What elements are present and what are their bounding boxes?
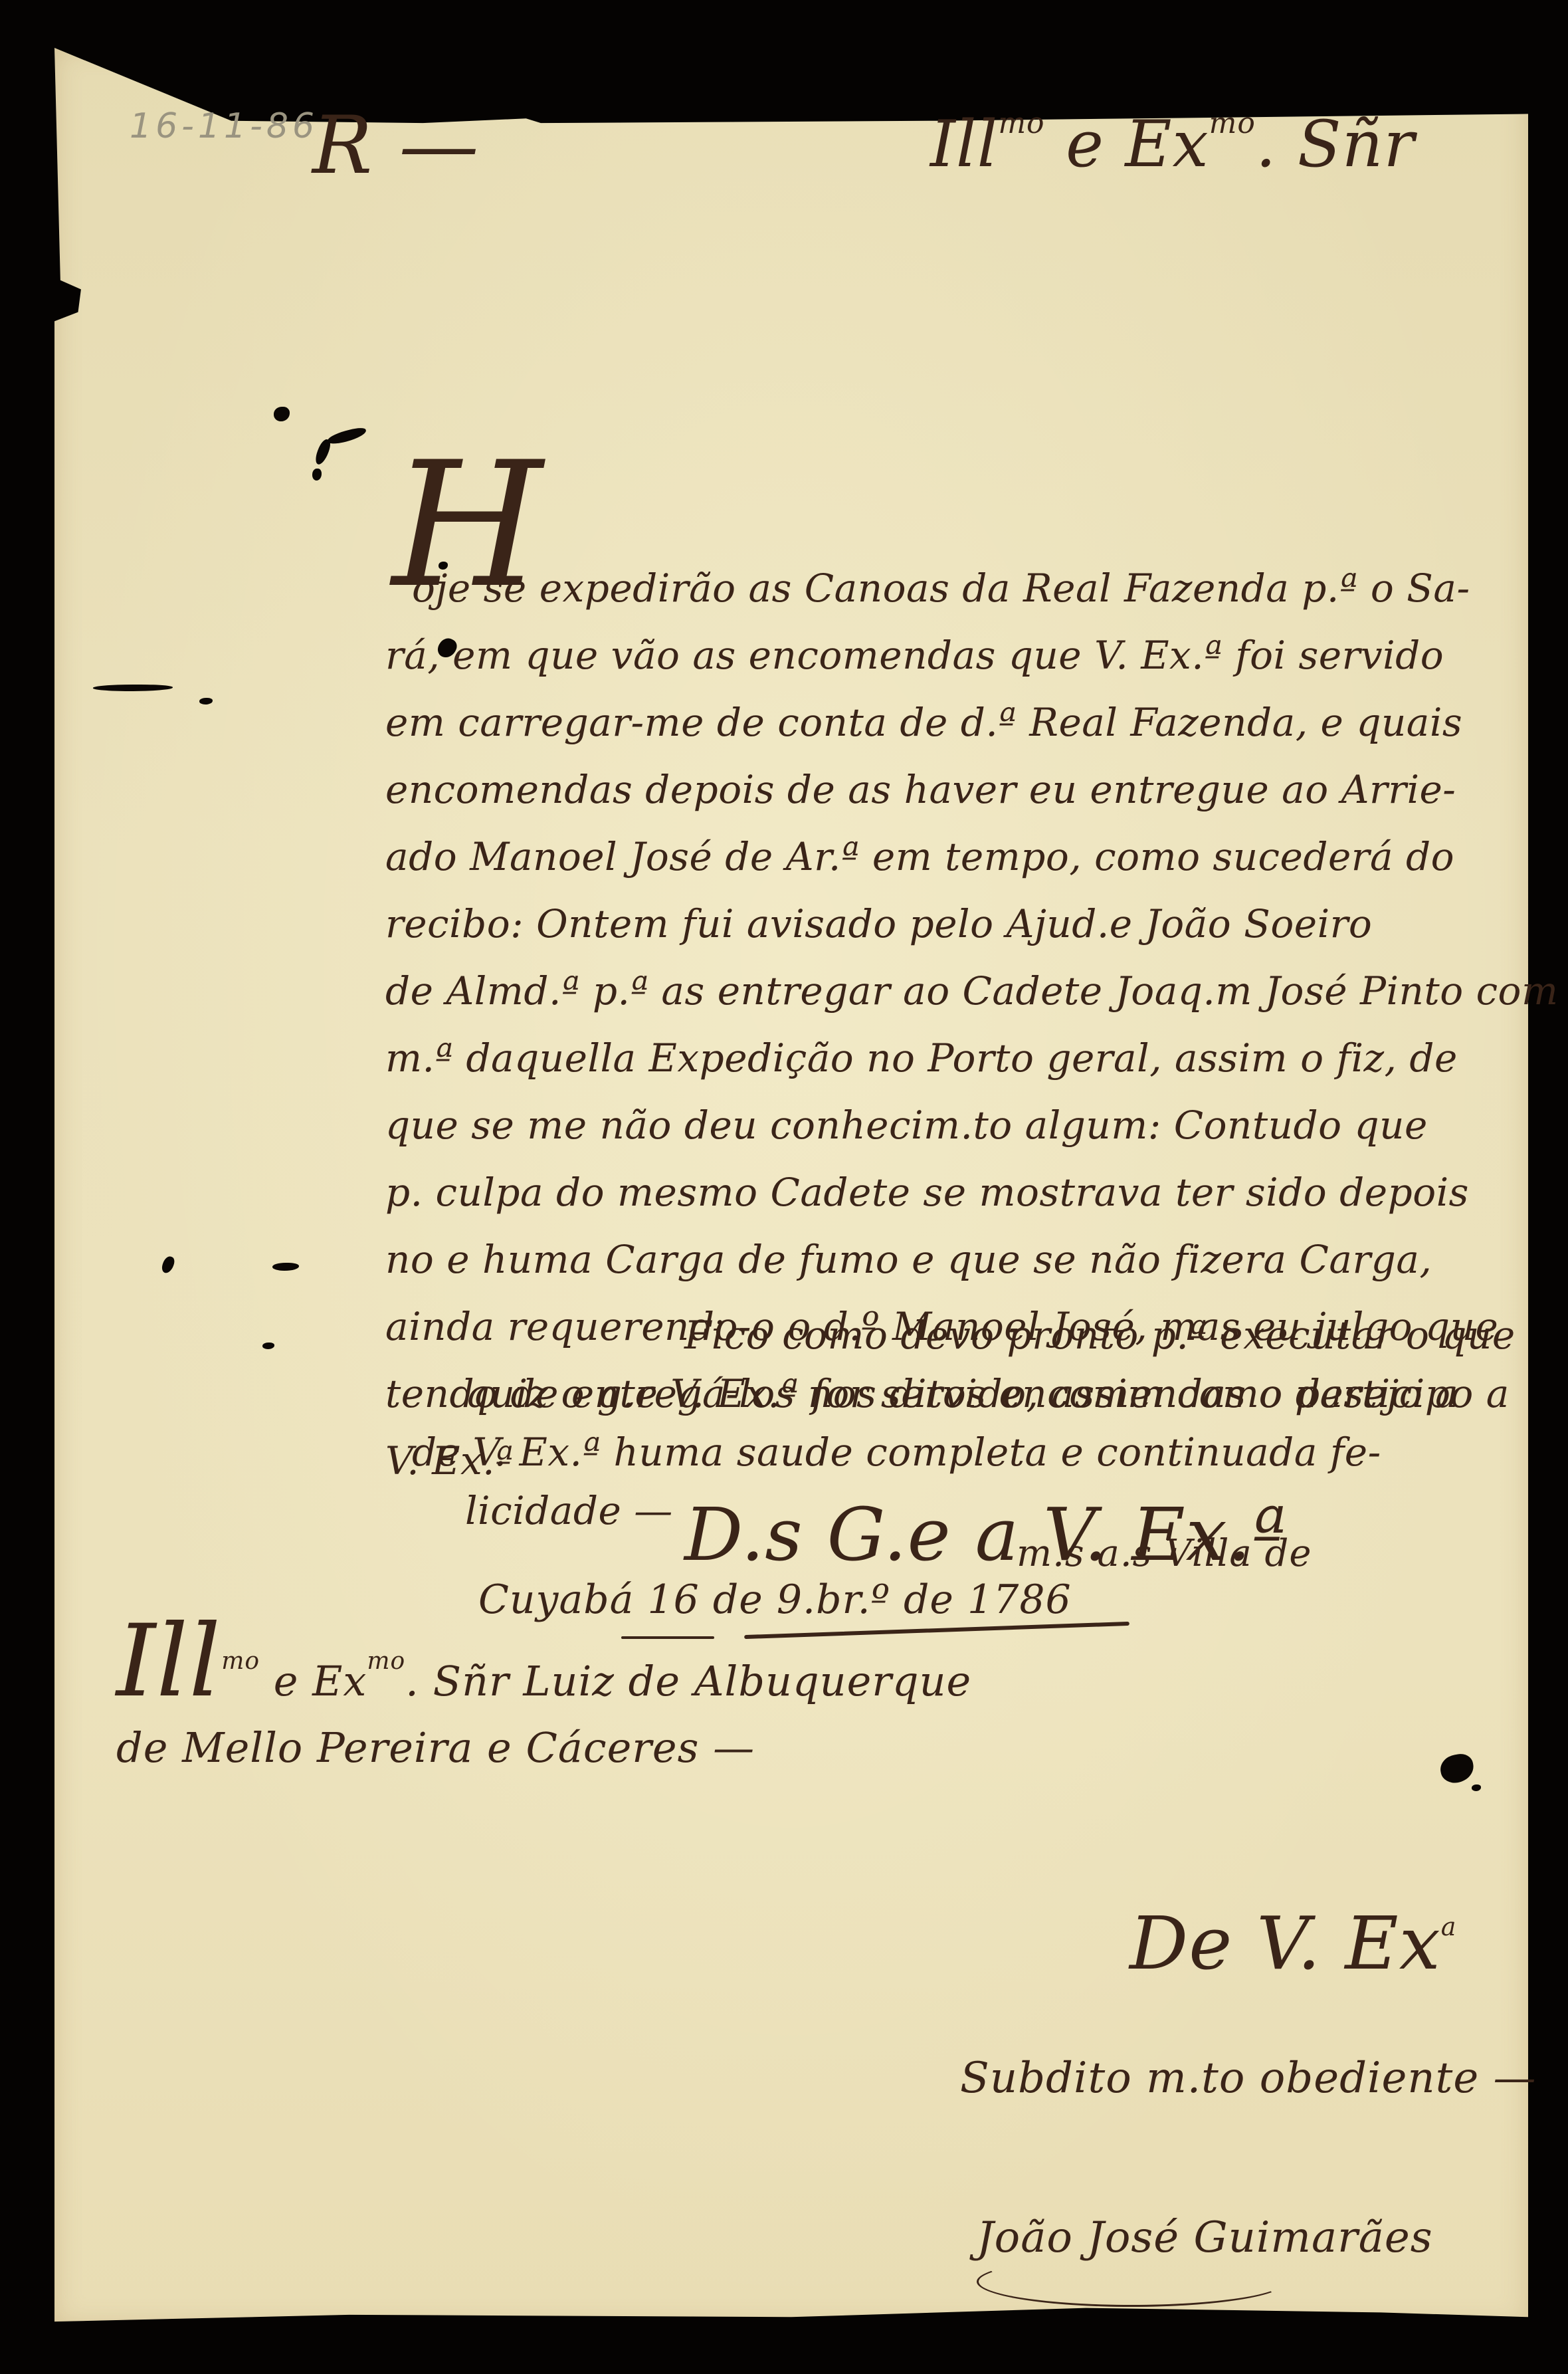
regard: De V. Exa (1129, 1901, 1456, 1986)
body-line: em carregar-me de conta de d.ª Real Faze… (385, 689, 1528, 756)
closing-line: quiz o g.e V. Ex.ª for servido, assim co… (465, 1364, 1541, 1423)
addressee-ill: Ill (116, 1604, 221, 1719)
body-line: que se me não deu conhecim.to algum: Con… (385, 1092, 1528, 1159)
addressee-line-2: de Mello Pereira e Cáceres — (116, 1715, 971, 1781)
salutation-title: Sñr (1298, 107, 1415, 181)
closing-line: de V. Ex.ª huma saude completa e continu… (412, 1423, 1541, 1481)
body-line: oje se expedirão as Canoas da Real Fazen… (385, 555, 1528, 622)
signature: João José Guimarães (977, 2213, 1433, 2262)
salutation-sup: mo (998, 106, 1044, 140)
body-line: rá, em que vão as encomendas que V. Ex.ª… (385, 622, 1528, 689)
registry-mark: R — (312, 100, 480, 192)
body-line: recibo: Ontem fui avisado pelo Ajud.e Jo… (385, 891, 1528, 958)
body-line: ado Manoel José de Ar.ª em tempo, como s… (385, 823, 1528, 891)
place-date: Cuyabá 16 de 9.br.º de 1786 (478, 1576, 1072, 1623)
body-line: encomendas depois de as haver eu entregu… (385, 756, 1528, 823)
addressee-ex: e Ex (274, 1657, 367, 1705)
salutation-ill: Ill (930, 107, 998, 181)
regard-sup: a (1441, 1912, 1457, 1941)
addressee-line-1: Illmo e Exmo. Sñr Luiz de Albuquerque (116, 1628, 971, 1715)
body-line: m.ª daquella Expedição no Porto geral, a… (385, 1025, 1528, 1092)
valediction-tail: m.s a.s Villa de (1017, 1532, 1312, 1575)
salutation-sup: mo (1209, 106, 1256, 140)
body-line: p. culpa do mesmo Cadete se mostrava ter… (385, 1159, 1528, 1226)
addressee-block: Illmo e Exmo. Sñr Luiz de Albuquerque de… (116, 1628, 971, 1781)
subdito-line: Subdito m.to obediente — (960, 2054, 1537, 2103)
salutation: Illmo e Exmo. Sñr (930, 106, 1415, 181)
addressee-sup: mo (221, 1648, 260, 1675)
closing-line: Fico como devo pronto p.ª executar o que (465, 1306, 1541, 1364)
body-line: de Almd.ª p.ª as entregar ao Cadete Joaq… (385, 958, 1528, 1025)
addressee-name: Sñr Luiz de Albuquerque (433, 1657, 972, 1705)
body-line: no e huma Carga de fumo e que se não fiz… (385, 1226, 1528, 1293)
salutation-ex: e Ex (1066, 107, 1209, 181)
signature-flourish (977, 2256, 1286, 2307)
regard-text: De V. Ex (1129, 1901, 1441, 1986)
addressee-sup: mo (367, 1648, 405, 1675)
pencil-archive-note: 16-11-86 (130, 106, 318, 146)
